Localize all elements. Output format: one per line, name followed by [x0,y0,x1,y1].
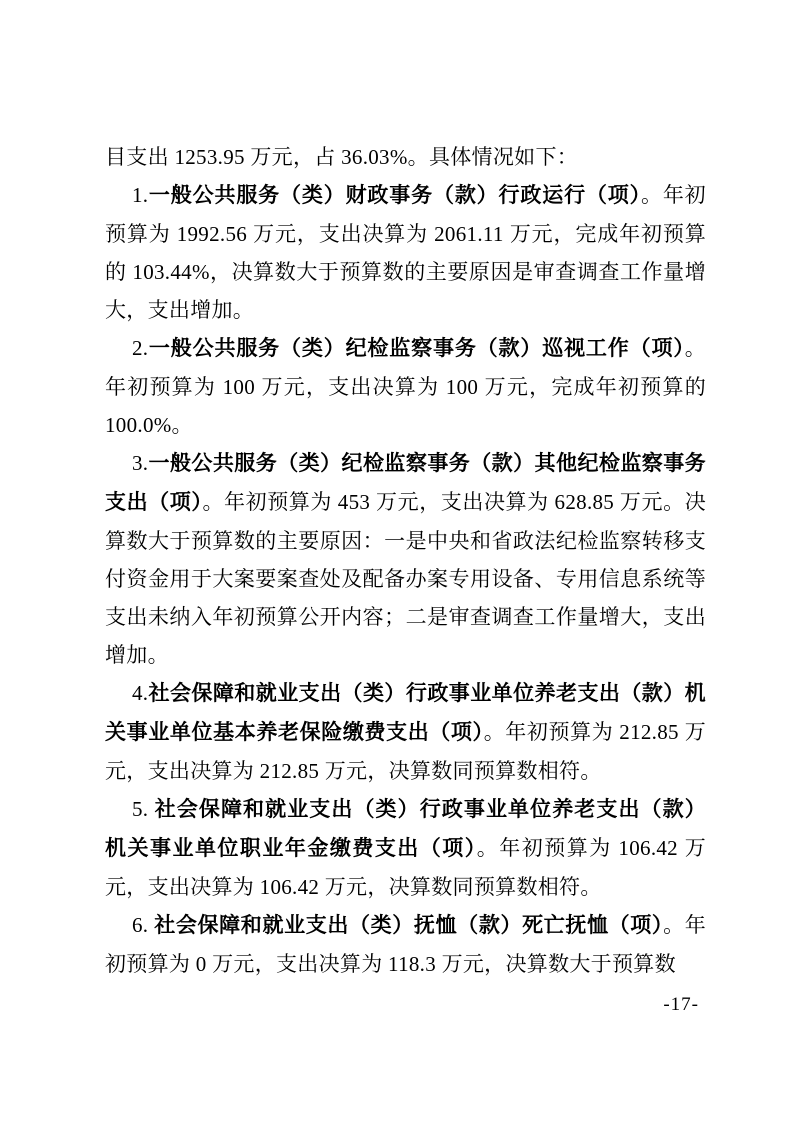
intro-text: 目支出 1253.95 万元，占 36.03%。具体情况如下： [105,145,578,169]
budget-item-2: 2.一般公共服务（类）纪检监察事务（款）巡视工作（项）。年初预算为 100 万元… [105,329,706,444]
item-number: 3. [132,451,148,475]
item-number: 6. [132,913,154,937]
item-number: 1. [132,183,148,207]
item-number: 4. [132,681,148,705]
paragraph-continuation: 目支出 1253.95 万元，占 36.03%。具体情况如下： [105,138,706,176]
item-number: 2. [132,336,148,360]
item-heading: 社会保障和就业支出（类）抚恤（款）死亡抚恤（项） [154,914,663,937]
item-number: 5. [132,797,155,821]
item-body: 。年初预算为 453 万元，支出决算为 628.85 万元。决算数大于预算数的主… [105,490,706,667]
page-number: -17- [663,994,699,1016]
budget-item-3: 3.一般公共服务（类）纪检监察事务（款）其他纪检监察事务支出（项）。年初预算为 … [105,444,706,674]
item-heading: 一般公共服务（类）纪检监察事务（款）巡视工作（项） [148,337,684,360]
budget-item-5: 5. 社会保障和就业支出（类）行政事业单位养老支出（款）机关事业单位职业年金缴费… [105,790,706,906]
budget-item-1: 1.一般公共服务（类）财政事务（款）行政运行（项）。年初预算为 1992.56 … [105,176,706,329]
budget-item-6: 6. 社会保障和就业支出（类）抚恤（款）死亡抚恤（项）。年初预算为 0 万元，支… [105,906,706,983]
item-heading: 一般公共服务（类）财政事务（款）行政运行（项） [148,184,641,207]
document-body: 目支出 1253.95 万元，占 36.03%。具体情况如下： 1.一般公共服务… [105,138,706,983]
document-page: 目支出 1253.95 万元，占 36.03%。具体情况如下： 1.一般公共服务… [0,0,793,1122]
budget-item-4: 4.社会保障和就业支出（类）行政事业单位养老支出（款）机关事业单位基本养老保险缴… [105,674,706,790]
